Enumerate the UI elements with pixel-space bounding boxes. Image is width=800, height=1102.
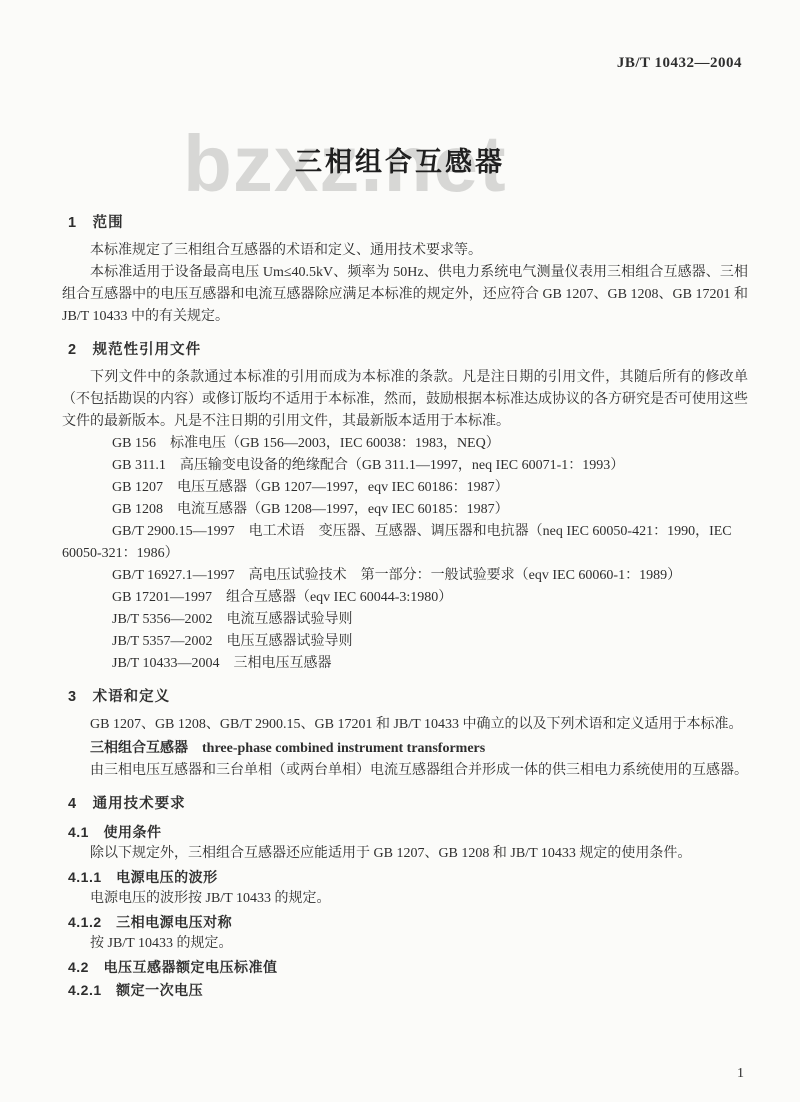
paragraph: 本标准适用于设备最高电压 Um≤40.5kV、频率为 50Hz、供电力系统电气测… [62,262,748,328]
scanned-document-page: bzxz.net JB/T 10432—2004 三相组合互感器 1 范围本标准… [0,0,800,1102]
paragraph: 本标准规定了三相组合互感器的术语和定义、通用技术要求等。 [62,240,748,262]
paragraph: GB 1207、GB 1208、GB/T 2900.15、GB 17201 和 … [62,714,748,736]
sub-section-heading: 4.2.1 额定一次电压 [68,979,748,1001]
standard-number-header: JB/T 10432—2004 [617,55,742,72]
page-number: 1 [737,1066,744,1082]
paragraph: 电源电压的波形按 JB/T 10433 的规定。 [62,888,748,910]
section-heading: 2 规范性引用文件 [68,339,748,361]
paragraph: 除以下规定外，三相组合互感器还应能适用于 GB 1207、GB 1208 和 J… [62,843,748,865]
sub-section-heading: 4.1.2 三相电源电压对称 [68,911,748,933]
reference-item: GB 17201—1997 组合互感器（eqv IEC 60044-3:1980… [62,587,748,609]
reference-item: GB/T 2900.15—1997 电工术语 变压器、互感器、调压器和电抗器（n… [62,521,748,565]
reference-item: GB 156 标准电压（GB 156—2003，IEC 60038：1983，N… [62,433,748,455]
reference-item: GB/T 16927.1—1997 高电压试验技术 第一部分：一般试验要求（eq… [62,565,748,587]
reference-item: JB/T 5356—2002 电流互感器试验导则 [62,609,748,631]
paragraph: 下列文件中的条款通过本标准的引用而成为本标准的条款。凡是注日期的引用文件，其随后… [62,367,748,433]
reference-item: JB/T 5357—2002 电压互感器试验导则 [62,631,748,653]
sub-section-heading: 4.2 电压互感器额定电压标准值 [68,956,748,978]
reference-item: GB 311.1 高压输变电设备的绝缘配合（GB 311.1—1997，neq … [62,455,748,477]
reference-item: GB 1208 电流互感器（GB 1208—1997，eqv IEC 60185… [62,499,748,521]
reference-item: JB/T 10433—2004 三相电压互感器 [62,653,748,675]
section-heading: 4 通用技术要求 [68,793,748,815]
section-heading: 3 术语和定义 [68,686,748,708]
section-heading: 1 范围 [68,212,748,234]
reference-item: GB 1207 电压互感器（GB 1207—1997，eqv IEC 60186… [62,477,748,499]
term-heading: 三相组合互感器 three-phase combined instrument … [62,738,748,760]
sub-section-heading: 4.1 使用条件 [68,821,748,843]
paragraph: 由三相电压互感器和三台单相（或两台单相）电流互感器组合并形成一体的供三相电力系统… [62,760,748,782]
sub-section-heading: 4.1.1 电源电压的波形 [68,866,748,888]
document-title: 三相组合互感器 [0,140,800,179]
paragraph: 按 JB/T 10433 的规定。 [62,933,748,955]
document-body: 1 范围本标准规定了三相组合互感器的术语和定义、通用技术要求等。本标准适用于设备… [62,212,748,1001]
